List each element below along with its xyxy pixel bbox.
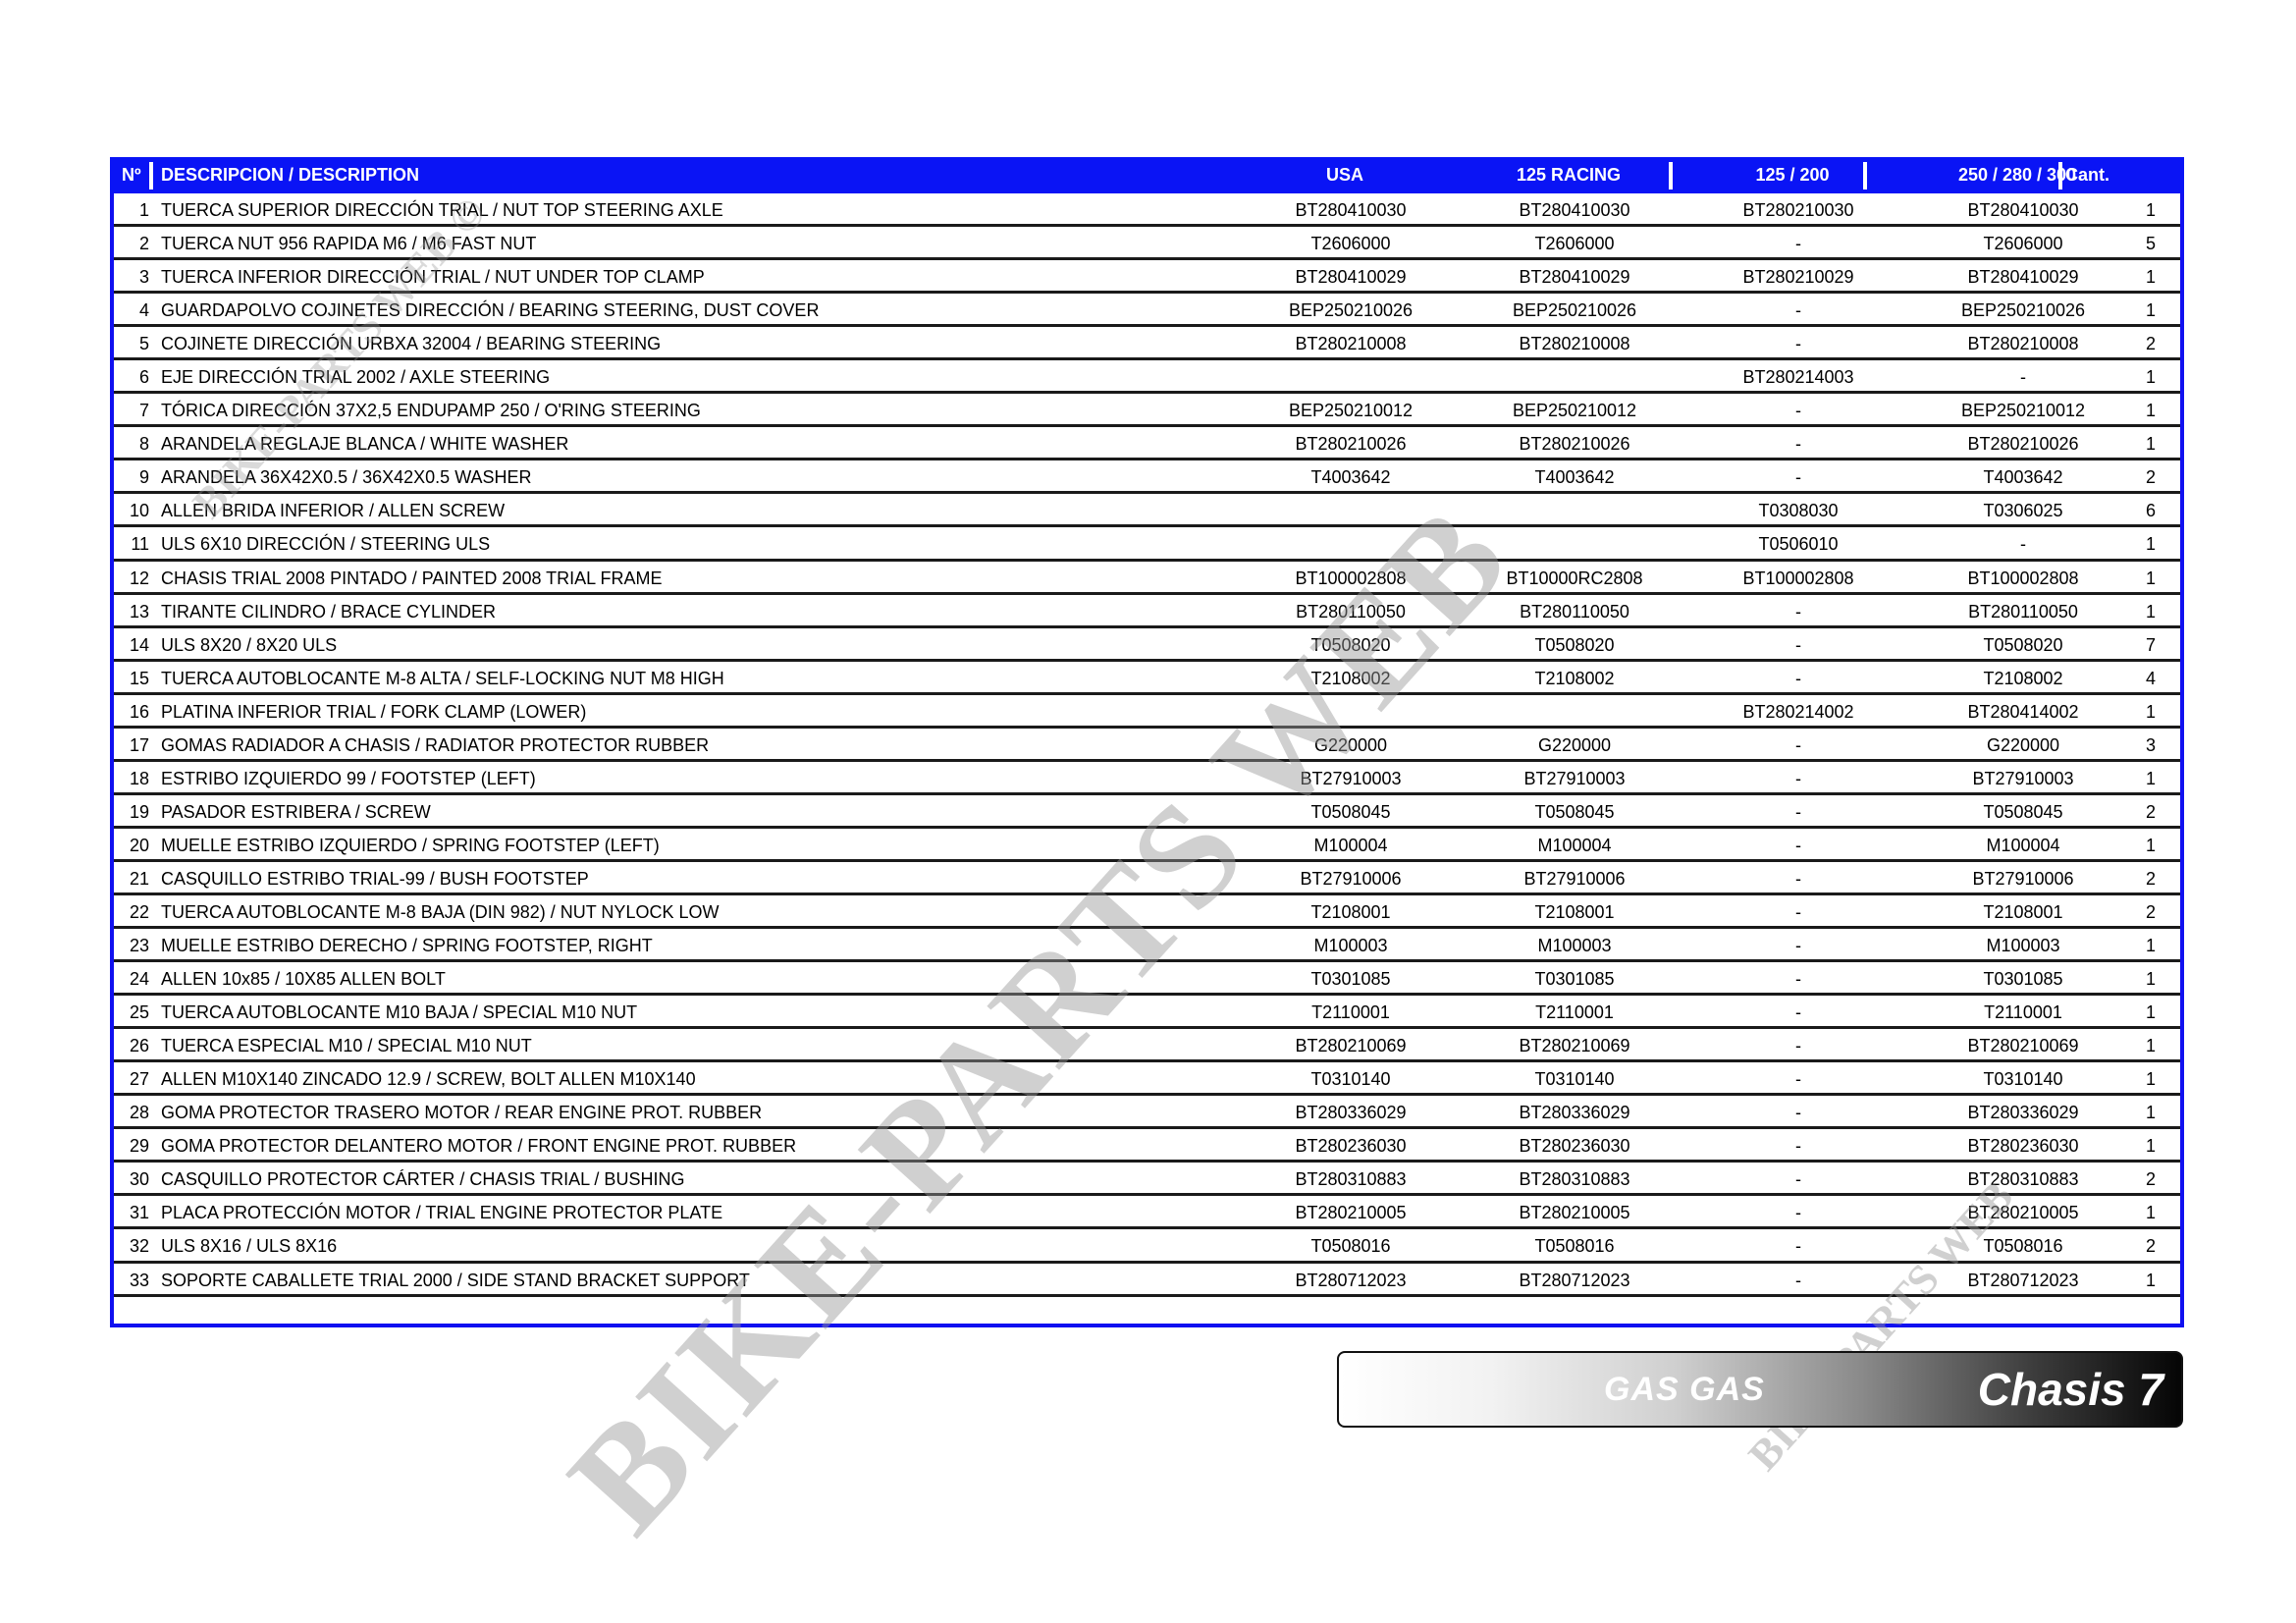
part-250-280-300: BT280210005 bbox=[1925, 1196, 2121, 1226]
part-250-280-300: BT280712023 bbox=[1925, 1264, 2121, 1294]
item-quantity: 1 bbox=[2126, 595, 2175, 625]
item-description: TUERCA INFERIOR DIRECCIÓN TRIAL / NUT UN… bbox=[161, 260, 705, 291]
item-number: 19 bbox=[114, 795, 149, 826]
section-banner: GAS GAS Chasis 7 bbox=[1337, 1351, 2183, 1428]
table-row: 15TUERCA AUTOBLOCANTE M-8 ALTA / SELF-LO… bbox=[114, 662, 2180, 695]
table-row: 27ALLEN M10X140 ZINCADO 12.9 / SCREW, BO… bbox=[114, 1062, 2180, 1096]
item-number: 13 bbox=[114, 595, 149, 625]
item-quantity: 2 bbox=[2126, 1229, 2175, 1260]
table-row: 11ULS 6X10 DIRECCIÓN / STEERING ULST0506… bbox=[114, 527, 2180, 561]
part-250-280-300: T0508016 bbox=[1925, 1229, 2121, 1260]
item-description: GUARDAPOLVO COJINETES DIRECCIÓN / BEARIN… bbox=[161, 294, 819, 324]
part-125-racing bbox=[1476, 527, 1673, 558]
part-usa: BT280210008 bbox=[1253, 327, 1449, 357]
part-usa: T0508016 bbox=[1253, 1229, 1449, 1260]
part-125-racing: T2108001 bbox=[1476, 895, 1673, 926]
table-row: 21CASQUILLO ESTRIBO TRIAL-99 / BUSH FOOT… bbox=[114, 862, 2180, 895]
part-125-200: - bbox=[1700, 1196, 1896, 1226]
item-quantity: 2 bbox=[2126, 327, 2175, 357]
item-number: 24 bbox=[114, 962, 149, 993]
item-description: MUELLE ESTRIBO DERECHO / SPRING FOOTSTEP… bbox=[161, 929, 653, 959]
item-quantity: 2 bbox=[2126, 895, 2175, 926]
item-description: COJINETE DIRECCIÓN URBXA 32004 / BEARING… bbox=[161, 327, 661, 357]
item-quantity: 1 bbox=[2126, 527, 2175, 558]
part-125-200: - bbox=[1700, 762, 1896, 792]
item-number: 23 bbox=[114, 929, 149, 959]
part-125-racing: T2108002 bbox=[1476, 662, 1673, 692]
item-number: 4 bbox=[114, 294, 149, 324]
item-description: ULS 6X10 DIRECCIÓN / STEERING ULS bbox=[161, 527, 490, 558]
part-usa: BT27910006 bbox=[1253, 862, 1449, 893]
table-row: 5COJINETE DIRECCIÓN URBXA 32004 / BEARIN… bbox=[114, 327, 2180, 360]
part-usa: BT280410029 bbox=[1253, 260, 1449, 291]
item-quantity: 2 bbox=[2126, 795, 2175, 826]
table-row: 14ULS 8X20 / 8X20 ULST0508020T0508020-T0… bbox=[114, 628, 2180, 662]
part-125-racing: BT280110050 bbox=[1476, 595, 1673, 625]
item-description: TUERCA NUT 956 RAPIDA M6 / M6 FAST NUT bbox=[161, 227, 536, 257]
part-250-280-300: T0306025 bbox=[1925, 494, 2121, 524]
part-125-racing: T4003642 bbox=[1476, 460, 1673, 491]
item-number: 26 bbox=[114, 1029, 149, 1059]
part-usa: T2606000 bbox=[1253, 227, 1449, 257]
part-125-200: - bbox=[1700, 227, 1896, 257]
item-description: GOMA PROTECTOR TRASERO MOTOR / REAR ENGI… bbox=[161, 1096, 762, 1126]
part-125-racing bbox=[1476, 360, 1673, 391]
table-body: 1TUERCA SUPERIOR DIRECCIÓN TRIAL / NUT T… bbox=[114, 193, 2180, 1297]
item-description: TIRANTE CILINDRO / BRACE CYLINDER bbox=[161, 595, 496, 625]
item-number: 27 bbox=[114, 1062, 149, 1093]
part-usa: T0310140 bbox=[1253, 1062, 1449, 1093]
part-usa: BT280210069 bbox=[1253, 1029, 1449, 1059]
table-row: 3TUERCA INFERIOR DIRECCIÓN TRIAL / NUT U… bbox=[114, 260, 2180, 294]
item-description: PLACA PROTECCIÓN MOTOR / TRIAL ENGINE PR… bbox=[161, 1196, 722, 1226]
header-usa: USA bbox=[1247, 157, 1443, 193]
item-description: ULS 8X20 / 8X20 ULS bbox=[161, 628, 337, 659]
item-quantity: 1 bbox=[2126, 562, 2175, 592]
part-250-280-300: - bbox=[1925, 360, 2121, 391]
item-description: ULS 8X16 / ULS 8X16 bbox=[161, 1229, 337, 1260]
part-125-200: - bbox=[1700, 327, 1896, 357]
item-quantity: 1 bbox=[2126, 394, 2175, 424]
part-125-200: - bbox=[1700, 595, 1896, 625]
item-number: 8 bbox=[114, 427, 149, 458]
part-250-280-300: BT100002808 bbox=[1925, 562, 2121, 592]
table-row: 19PASADOR ESTRIBERA / SCREWT0508045T0508… bbox=[114, 795, 2180, 829]
item-number: 12 bbox=[114, 562, 149, 592]
item-quantity: 1 bbox=[2126, 762, 2175, 792]
part-usa: T2110001 bbox=[1253, 996, 1449, 1026]
item-description: TUERCA ESPECIAL M10 / SPECIAL M10 NUT bbox=[161, 1029, 532, 1059]
item-description: TUERCA AUTOBLOCANTE M10 BAJA / SPECIAL M… bbox=[161, 996, 637, 1026]
item-quantity: 4 bbox=[2126, 662, 2175, 692]
item-number: 5 bbox=[114, 327, 149, 357]
part-125-200: - bbox=[1700, 1163, 1896, 1193]
item-number: 21 bbox=[114, 862, 149, 893]
table-row: 23MUELLE ESTRIBO DERECHO / SPRING FOOTST… bbox=[114, 929, 2180, 962]
part-usa: T0508020 bbox=[1253, 628, 1449, 659]
part-usa: BT280310883 bbox=[1253, 1163, 1449, 1193]
table-row: 9ARANDELA 36X42X0.5 / 36X42X0.5 WASHERT4… bbox=[114, 460, 2180, 494]
item-description: ALLEN 10x85 / 10X85 ALLEN BOLT bbox=[161, 962, 446, 993]
part-125-racing: T0508020 bbox=[1476, 628, 1673, 659]
header-separator bbox=[2058, 162, 2062, 189]
item-number: 18 bbox=[114, 762, 149, 792]
part-250-280-300: T0301085 bbox=[1925, 962, 2121, 993]
item-number: 25 bbox=[114, 996, 149, 1026]
part-250-280-300: T2108002 bbox=[1925, 662, 2121, 692]
item-description: TUERCA AUTOBLOCANTE M-8 BAJA (DIN 982) /… bbox=[161, 895, 719, 926]
part-250-280-300: M100003 bbox=[1925, 929, 2121, 959]
part-125-racing: BEP250210026 bbox=[1476, 294, 1673, 324]
part-usa: BT280712023 bbox=[1253, 1264, 1449, 1294]
table-row: 17GOMAS RADIADOR A CHASIS / RADIATOR PRO… bbox=[114, 729, 2180, 762]
item-description: PASADOR ESTRIBERA / SCREW bbox=[161, 795, 431, 826]
table-row: 32ULS 8X16 / ULS 8X16T0508016T0508016-T0… bbox=[114, 1229, 2180, 1263]
table-row: 31PLACA PROTECCIÓN MOTOR / TRIAL ENGINE … bbox=[114, 1196, 2180, 1229]
item-description: CASQUILLO ESTRIBO TRIAL-99 / BUSH FOOTST… bbox=[161, 862, 589, 893]
item-quantity: 1 bbox=[2126, 1062, 2175, 1093]
item-quantity: 1 bbox=[2126, 695, 2175, 726]
item-number: 28 bbox=[114, 1096, 149, 1126]
table-row: 33SOPORTE CABALLETE TRIAL 2000 / SIDE ST… bbox=[114, 1264, 2180, 1297]
part-125-racing bbox=[1476, 695, 1673, 726]
part-125-racing: BT280410029 bbox=[1476, 260, 1673, 291]
item-number: 32 bbox=[114, 1229, 149, 1260]
part-125-200: - bbox=[1700, 662, 1896, 692]
item-description: CASQUILLO PROTECTOR CÁRTER / CHASIS TRIA… bbox=[161, 1163, 684, 1193]
section-title: Chasis 7 bbox=[1978, 1363, 2163, 1416]
part-250-280-300: BT280236030 bbox=[1925, 1129, 2121, 1160]
item-number: 17 bbox=[114, 729, 149, 759]
part-125-200: BT100002808 bbox=[1700, 562, 1896, 592]
header-125-racing: 125 RACING bbox=[1470, 157, 1667, 193]
part-125-200: - bbox=[1700, 962, 1896, 993]
header-separator bbox=[149, 162, 153, 189]
part-250-280-300: BT280310883 bbox=[1925, 1163, 2121, 1193]
table-row: 24ALLEN 10x85 / 10X85 ALLEN BOLTT0301085… bbox=[114, 962, 2180, 996]
part-125-200: - bbox=[1700, 427, 1896, 458]
item-number: 1 bbox=[114, 193, 149, 224]
part-125-racing: BT280210026 bbox=[1476, 427, 1673, 458]
part-125-racing: BT280210008 bbox=[1476, 327, 1673, 357]
part-usa: BT280236030 bbox=[1253, 1129, 1449, 1160]
part-125-racing: G220000 bbox=[1476, 729, 1673, 759]
table-row: 18ESTRIBO IZQUIERDO 99 / FOOTSTEP (LEFT)… bbox=[114, 762, 2180, 795]
item-description: GOMAS RADIADOR A CHASIS / RADIATOR PROTE… bbox=[161, 729, 709, 759]
part-250-280-300: BT27910006 bbox=[1925, 862, 2121, 893]
part-usa: M100003 bbox=[1253, 929, 1449, 959]
part-250-280-300: BEP250210012 bbox=[1925, 394, 2121, 424]
table-row: 7TÓRICA DIRECCIÓN 37X2,5 ENDUPAMP 250 / … bbox=[114, 394, 2180, 427]
item-quantity: 6 bbox=[2126, 494, 2175, 524]
part-250-280-300: BT280210008 bbox=[1925, 327, 2121, 357]
header-125-200: 125 / 200 bbox=[1694, 157, 1891, 193]
part-125-200: - bbox=[1700, 862, 1896, 893]
item-number: 9 bbox=[114, 460, 149, 491]
part-125-200: T0506010 bbox=[1700, 527, 1896, 558]
item-description: TUERCA AUTOBLOCANTE M-8 ALTA / SELF-LOCK… bbox=[161, 662, 724, 692]
part-125-200: - bbox=[1700, 996, 1896, 1026]
item-quantity: 1 bbox=[2126, 962, 2175, 993]
part-125-racing: T2110001 bbox=[1476, 996, 1673, 1026]
part-125-racing: BT280236030 bbox=[1476, 1129, 1673, 1160]
table-row: 13TIRANTE CILINDRO / BRACE CYLINDERBT280… bbox=[114, 595, 2180, 628]
part-125-200: - bbox=[1700, 1062, 1896, 1093]
item-description: CHASIS TRIAL 2008 PINTADO / PAINTED 2008… bbox=[161, 562, 663, 592]
item-description: ARANDELA REGLAJE BLANCA / WHITE WASHER bbox=[161, 427, 568, 458]
part-250-280-300: BT280210069 bbox=[1925, 1029, 2121, 1059]
part-125-200: BT280210030 bbox=[1700, 193, 1896, 224]
item-description: EJE DIRECCIÓN TRIAL 2002 / AXLE STEERING bbox=[161, 360, 550, 391]
part-250-280-300: T4003642 bbox=[1925, 460, 2121, 491]
part-125-racing: T0310140 bbox=[1476, 1062, 1673, 1093]
item-quantity: 2 bbox=[2126, 862, 2175, 893]
part-125-racing: BT280310883 bbox=[1476, 1163, 1673, 1193]
part-usa: T2108002 bbox=[1253, 662, 1449, 692]
part-250-280-300: - bbox=[1925, 527, 2121, 558]
part-usa: T4003642 bbox=[1253, 460, 1449, 491]
part-250-280-300: BT280410029 bbox=[1925, 260, 2121, 291]
item-number: 29 bbox=[114, 1129, 149, 1160]
item-quantity: 1 bbox=[2126, 1196, 2175, 1226]
part-125-racing: BT10000RC2808 bbox=[1476, 562, 1673, 592]
part-125-200: - bbox=[1700, 895, 1896, 926]
item-number: 20 bbox=[114, 829, 149, 859]
part-usa: T0301085 bbox=[1253, 962, 1449, 993]
part-125-racing: BEP250210012 bbox=[1476, 394, 1673, 424]
part-125-200: BT280214002 bbox=[1700, 695, 1896, 726]
item-number: 7 bbox=[114, 394, 149, 424]
part-125-200: - bbox=[1700, 394, 1896, 424]
item-description: GOMA PROTECTOR DELANTERO MOTOR / FRONT E… bbox=[161, 1129, 796, 1160]
part-125-racing: M100003 bbox=[1476, 929, 1673, 959]
part-250-280-300: G220000 bbox=[1925, 729, 2121, 759]
item-quantity: 1 bbox=[2126, 996, 2175, 1026]
item-description: TÓRICA DIRECCIÓN 37X2,5 ENDUPAMP 250 / O… bbox=[161, 394, 701, 424]
item-quantity: 1 bbox=[2126, 929, 2175, 959]
part-125-200: - bbox=[1700, 294, 1896, 324]
item-quantity: 1 bbox=[2126, 260, 2175, 291]
item-number: 3 bbox=[114, 260, 149, 291]
part-125-200: - bbox=[1700, 829, 1896, 859]
part-125-racing: M100004 bbox=[1476, 829, 1673, 859]
part-usa: BT280210026 bbox=[1253, 427, 1449, 458]
part-usa: BT27910003 bbox=[1253, 762, 1449, 792]
item-description: ALLEN BRIDA INFERIOR / ALLEN SCREW bbox=[161, 494, 505, 524]
part-250-280-300: BT280210026 bbox=[1925, 427, 2121, 458]
item-description: PLATINA INFERIOR TRIAL / FORK CLAMP (LOW… bbox=[161, 695, 586, 726]
item-quantity: 1 bbox=[2126, 829, 2175, 859]
part-250-280-300: T0508045 bbox=[1925, 795, 2121, 826]
part-125-200: BT280210029 bbox=[1700, 260, 1896, 291]
table-row: 30CASQUILLO PROTECTOR CÁRTER / CHASIS TR… bbox=[114, 1163, 2180, 1196]
item-quantity: 2 bbox=[2126, 1163, 2175, 1193]
table-row: 29GOMA PROTECTOR DELANTERO MOTOR / FRONT… bbox=[114, 1129, 2180, 1163]
header-description: DESCRIPCION / DESCRIPTION bbox=[161, 157, 419, 193]
table-row: 16PLATINA INFERIOR TRIAL / FORK CLAMP (L… bbox=[114, 695, 2180, 729]
header-no: Nº bbox=[122, 157, 141, 193]
part-usa bbox=[1253, 494, 1449, 524]
item-quantity: 1 bbox=[2126, 1129, 2175, 1160]
item-quantity: 7 bbox=[2126, 628, 2175, 659]
table-row: 10ALLEN BRIDA INFERIOR / ALLEN SCREWT030… bbox=[114, 494, 2180, 527]
part-usa bbox=[1253, 360, 1449, 391]
part-usa: BT280210005 bbox=[1253, 1196, 1449, 1226]
part-250-280-300: T0310140 bbox=[1925, 1062, 2121, 1093]
item-quantity: 1 bbox=[2126, 193, 2175, 224]
item-number: 2 bbox=[114, 227, 149, 257]
part-250-280-300: BT27910003 bbox=[1925, 762, 2121, 792]
part-125-200: - bbox=[1700, 795, 1896, 826]
item-number: 33 bbox=[114, 1264, 149, 1294]
table-header: Nº DESCRIPCION / DESCRIPTION USA 125 RAC… bbox=[110, 157, 2184, 193]
part-125-racing: T0508016 bbox=[1476, 1229, 1673, 1260]
part-usa: M100004 bbox=[1253, 829, 1449, 859]
table-row: 1TUERCA SUPERIOR DIRECCIÓN TRIAL / NUT T… bbox=[114, 193, 2180, 227]
parts-table: Nº DESCRIPCION / DESCRIPTION USA 125 RAC… bbox=[110, 157, 2184, 1327]
part-125-200: - bbox=[1700, 1229, 1896, 1260]
item-description: ARANDELA 36X42X0.5 / 36X42X0.5 WASHER bbox=[161, 460, 532, 491]
part-125-200: - bbox=[1700, 1264, 1896, 1294]
part-125-200: BT280214003 bbox=[1700, 360, 1896, 391]
part-250-280-300: BT280110050 bbox=[1925, 595, 2121, 625]
part-125-200: - bbox=[1700, 729, 1896, 759]
part-125-200: - bbox=[1700, 460, 1896, 491]
part-125-racing: BT280712023 bbox=[1476, 1264, 1673, 1294]
item-quantity: 1 bbox=[2126, 1096, 2175, 1126]
part-250-280-300: T2108001 bbox=[1925, 895, 2121, 926]
item-number: 11 bbox=[114, 527, 149, 558]
item-number: 15 bbox=[114, 662, 149, 692]
part-usa: T0508045 bbox=[1253, 795, 1449, 826]
header-qty: Cant. bbox=[2065, 157, 2109, 193]
part-125-200: - bbox=[1700, 1029, 1896, 1059]
part-250-280-300: BT280336029 bbox=[1925, 1096, 2121, 1126]
table-row: 2TUERCA NUT 956 RAPIDA M6 / M6 FAST NUTT… bbox=[114, 227, 2180, 260]
item-number: 22 bbox=[114, 895, 149, 926]
part-usa: BT280110050 bbox=[1253, 595, 1449, 625]
part-125-200: - bbox=[1700, 1096, 1896, 1126]
item-quantity: 1 bbox=[2126, 294, 2175, 324]
table-row: 6EJE DIRECCIÓN TRIAL 2002 / AXLE STEERIN… bbox=[114, 360, 2180, 394]
part-usa: BT280336029 bbox=[1253, 1096, 1449, 1126]
item-description: ALLEN M10X140 ZINCADO 12.9 / SCREW, BOLT… bbox=[161, 1062, 696, 1093]
part-125-racing: T0301085 bbox=[1476, 962, 1673, 993]
item-quantity: 1 bbox=[2126, 1264, 2175, 1294]
item-description: SOPORTE CABALLETE TRIAL 2000 / SIDE STAN… bbox=[161, 1264, 750, 1294]
part-125-200: - bbox=[1700, 929, 1896, 959]
part-usa bbox=[1253, 695, 1449, 726]
part-125-racing: BT27910006 bbox=[1476, 862, 1673, 893]
part-125-racing: BT280410030 bbox=[1476, 193, 1673, 224]
part-125-racing: T0508045 bbox=[1476, 795, 1673, 826]
part-250-280-300: BT280414002 bbox=[1925, 695, 2121, 726]
part-250-280-300: T2606000 bbox=[1925, 227, 2121, 257]
header-separator bbox=[1863, 162, 1867, 189]
part-125-200: - bbox=[1700, 628, 1896, 659]
part-usa: BEP250210012 bbox=[1253, 394, 1449, 424]
header-separator bbox=[1669, 162, 1673, 189]
part-250-280-300: M100004 bbox=[1925, 829, 2121, 859]
brand-name: GAS GAS bbox=[1604, 1371, 1765, 1409]
part-125-racing: BT280336029 bbox=[1476, 1096, 1673, 1126]
part-usa: G220000 bbox=[1253, 729, 1449, 759]
item-description: TUERCA SUPERIOR DIRECCIÓN TRIAL / NUT TO… bbox=[161, 193, 723, 224]
item-quantity: 1 bbox=[2126, 1029, 2175, 1059]
item-number: 31 bbox=[114, 1196, 149, 1226]
table-row: 26TUERCA ESPECIAL M10 / SPECIAL M10 NUTB… bbox=[114, 1029, 2180, 1062]
table-row: 12CHASIS TRIAL 2008 PINTADO / PAINTED 20… bbox=[114, 562, 2180, 595]
item-quantity: 2 bbox=[2126, 460, 2175, 491]
table-row: 20MUELLE ESTRIBO IZQUIERDO / SPRING FOOT… bbox=[114, 829, 2180, 862]
table-row: 4GUARDAPOLVO COJINETES DIRECCIÓN / BEARI… bbox=[114, 294, 2180, 327]
item-quantity: 3 bbox=[2126, 729, 2175, 759]
part-usa: BEP250210026 bbox=[1253, 294, 1449, 324]
table-row: 8ARANDELA REGLAJE BLANCA / WHITE WASHERB… bbox=[114, 427, 2180, 460]
item-quantity: 1 bbox=[2126, 427, 2175, 458]
part-125-racing: BT27910003 bbox=[1476, 762, 1673, 792]
item-quantity: 1 bbox=[2126, 360, 2175, 391]
item-description: ESTRIBO IZQUIERDO 99 / FOOTSTEP (LEFT) bbox=[161, 762, 536, 792]
item-number: 14 bbox=[114, 628, 149, 659]
item-number: 10 bbox=[114, 494, 149, 524]
item-number: 30 bbox=[114, 1163, 149, 1193]
part-125-200: - bbox=[1700, 1129, 1896, 1160]
part-usa: BT280410030 bbox=[1253, 193, 1449, 224]
item-quantity: 5 bbox=[2126, 227, 2175, 257]
item-description: MUELLE ESTRIBO IZQUIERDO / SPRING FOOTST… bbox=[161, 829, 660, 859]
table-row: 25TUERCA AUTOBLOCANTE M10 BAJA / SPECIAL… bbox=[114, 996, 2180, 1029]
part-250-280-300: BEP250210026 bbox=[1925, 294, 2121, 324]
part-125-racing: BT280210005 bbox=[1476, 1196, 1673, 1226]
part-125-racing: BT280210069 bbox=[1476, 1029, 1673, 1059]
part-125-racing: T2606000 bbox=[1476, 227, 1673, 257]
item-number: 16 bbox=[114, 695, 149, 726]
part-250-280-300: T2110001 bbox=[1925, 996, 2121, 1026]
part-125-200: T0308030 bbox=[1700, 494, 1896, 524]
item-number: 6 bbox=[114, 360, 149, 391]
part-250-280-300: T0508020 bbox=[1925, 628, 2121, 659]
part-250-280-300: BT280410030 bbox=[1925, 193, 2121, 224]
part-usa bbox=[1253, 527, 1449, 558]
table-row: 28GOMA PROTECTOR TRASERO MOTOR / REAR EN… bbox=[114, 1096, 2180, 1129]
part-125-racing bbox=[1476, 494, 1673, 524]
part-usa: T2108001 bbox=[1253, 895, 1449, 926]
part-usa: BT100002808 bbox=[1253, 562, 1449, 592]
table-row: 22TUERCA AUTOBLOCANTE M-8 BAJA (DIN 982)… bbox=[114, 895, 2180, 929]
